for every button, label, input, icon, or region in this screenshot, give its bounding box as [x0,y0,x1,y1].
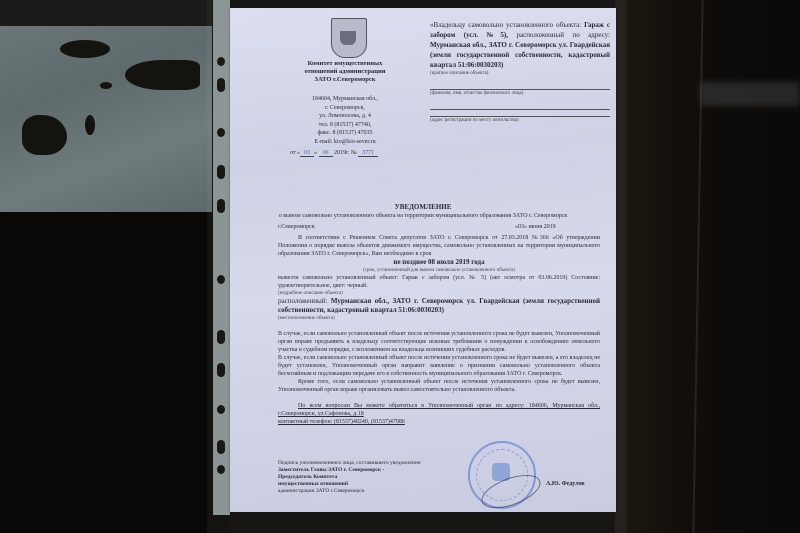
reference-number: от «03» 06 2019г. № 3771 [290,150,378,156]
punch-hole [217,363,225,377]
sleeve-punched-strip [213,0,230,515]
object-location: Мурманская обл., ЗАТО г. Североморск ул.… [278,297,600,314]
paragraph-consequence-3: Кроме того, если самовольно установленны… [278,378,600,394]
door-right-panel [615,0,800,533]
punch-hole [217,199,225,213]
ref-day: 03 [300,150,314,157]
coat-of-arms-icon [331,18,367,58]
signer-name: А.Ю. Федулов [546,481,585,487]
paragraph-contact: По всем вопросам Вы можете обратиться в … [278,402,600,418]
notice-date: «03» июня 2019 [515,224,556,230]
punch-hole [217,405,225,414]
punch-hole [217,275,225,284]
light-reflection [700,82,800,106]
notice-document: Комитет имущественных отношений админист… [230,8,616,512]
recipient-address-line-2 [430,110,610,117]
punch-hole [217,330,225,344]
door-top-edge [0,0,212,26]
notice-title: УВЕДОМЛЕНИЕ [230,203,616,211]
sender-organization: Комитет имущественных отношений админист… [270,60,420,84]
door-lower-panel [0,212,230,533]
punch-hole [217,57,225,66]
contact-phone: контактный телефон: (81537)48240, (81537… [278,418,600,426]
recipient-name-line [430,77,610,90]
punch-hole [217,165,225,179]
punch-hole [217,78,225,92]
metal-panel [0,0,212,212]
punch-hole [217,465,225,474]
deadline: не позднее 08 июля 2019 года [278,258,600,267]
notice-body: В соответствии с Решением Совета депутат… [278,234,600,426]
ref-number: 3771 [358,150,378,157]
notice-city: г.Североморск [278,224,315,230]
paragraph-object: вывезти самовольно установленный объект:… [278,274,600,290]
paragraph-legal-basis: В соответствии с Решением Совета депутат… [278,234,600,258]
photo-scene: Комитет имущественных отношений админист… [0,0,800,533]
punch-hole [217,128,225,137]
recipient-block: «Владельцу самовольно установленного объ… [430,20,610,124]
punch-hole [217,440,225,454]
ref-month: 06 [319,150,333,157]
paragraph-consequence-1: В случае, если самовольно установленный … [278,330,600,354]
paragraph-consequence-2: В случае, если самовольно установленный … [278,354,600,378]
notice-subtitle: о вывозе самовольно установленного объек… [250,212,596,220]
signature-block: Подпись уполномоченного лица, составивше… [278,460,478,495]
sender-address: 184604, Мурманская обл., г. Североморск,… [270,95,420,146]
recipient-address-line [430,97,610,110]
